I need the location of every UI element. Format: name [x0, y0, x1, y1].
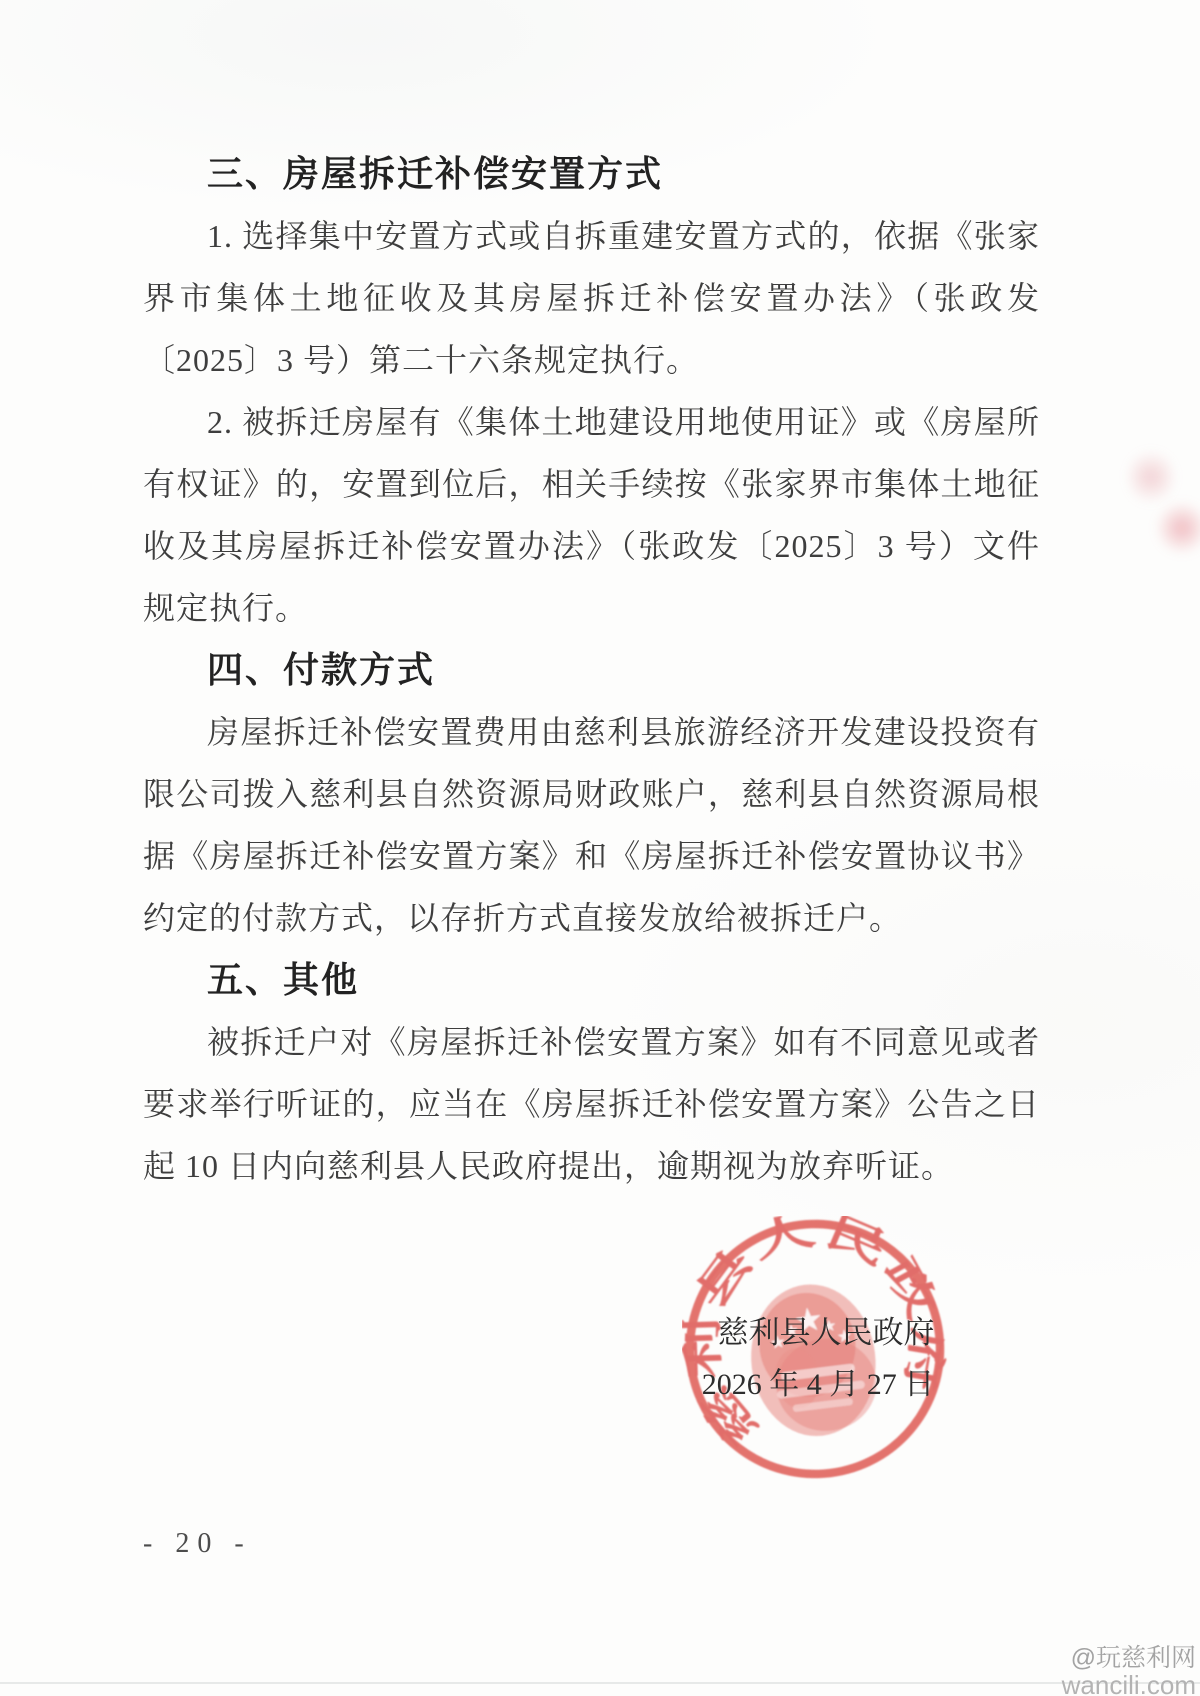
watermark-site: wancili.com [1062, 1672, 1196, 1696]
paragraph: 2. 被拆迁房屋有《集体土地建设用地使用证》或《房屋所有权证》的，安置到位后，相… [143, 391, 1040, 639]
issue-date: 2026 年 4 月 27 日 [688, 1368, 948, 1402]
ink-smudge [1156, 500, 1200, 556]
section-heading-4: 四、付款方式 [143, 639, 1040, 701]
paragraph: 1. 选择集中安置方式或自拆重建安置方式的，依据《张家界市集体土地征收及其房屋拆… [143, 205, 1040, 391]
watermark-handle: @玩慈利网 [1062, 1645, 1196, 1672]
section-heading-3: 三、房屋拆迁补偿安置方式 [143, 143, 1040, 205]
paragraph: 房屋拆迁补偿安置费用由慈利县旅游经济开发建设投资有限公司拨入慈利县自然资源局财政… [143, 701, 1040, 949]
scanned-document-page: 三、房屋拆迁补偿安置方式 1. 选择集中安置方式或自拆重建安置方式的，依据《张家… [0, 0, 1200, 1696]
section-heading-5: 五、其他 [143, 949, 1040, 1011]
page-number: - 20 - [143, 1528, 252, 1560]
document-body: 三、房屋拆迁补偿安置方式 1. 选择集中安置方式或自拆重建安置方式的，依据《张家… [143, 143, 1040, 1197]
watermark: @玩慈利网 wancili.com [1062, 1645, 1196, 1696]
ink-smudge [1128, 446, 1174, 508]
issuer-signature: 慈利县人民政府 [696, 1316, 956, 1350]
paragraph: 被拆迁户对《房屋拆迁补偿安置方案》如有不同意见或者要求举行听证的，应当在《房屋拆… [143, 1011, 1040, 1197]
scan-artifact-line [0, 1682, 1200, 1684]
seal-emblem [743, 1277, 885, 1443]
